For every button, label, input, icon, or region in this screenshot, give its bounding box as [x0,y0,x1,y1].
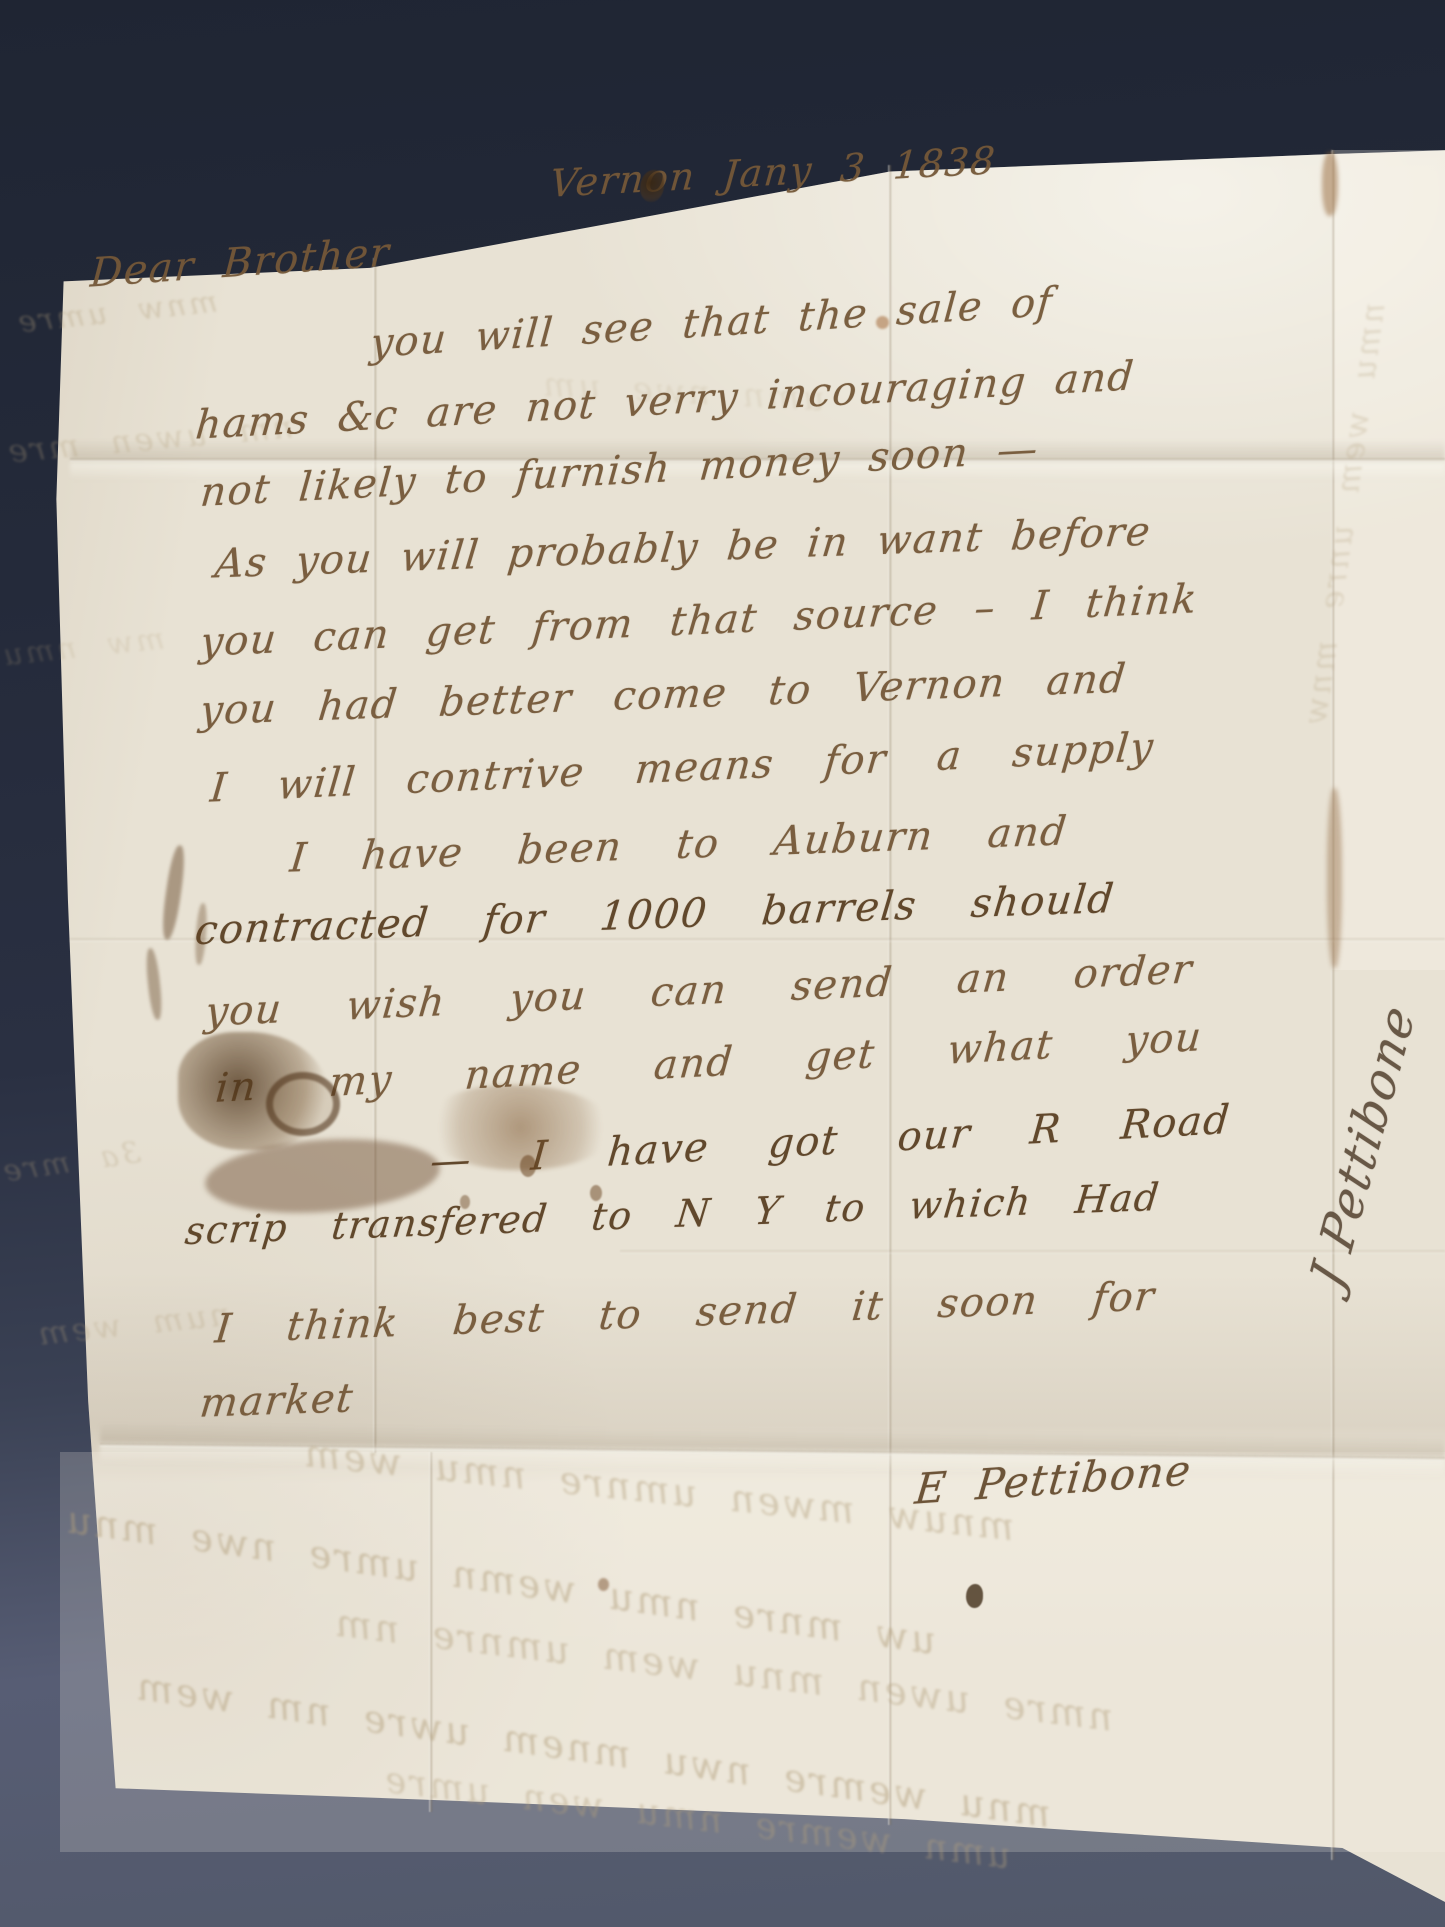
letter-photograph: mnw umre nm uwen mre umn nwe um mw nmu 3… [0,0,1445,1927]
fold-crease [1331,150,1335,1860]
letter-body-line: market [198,1375,357,1427]
letter-paper [0,0,1445,1927]
